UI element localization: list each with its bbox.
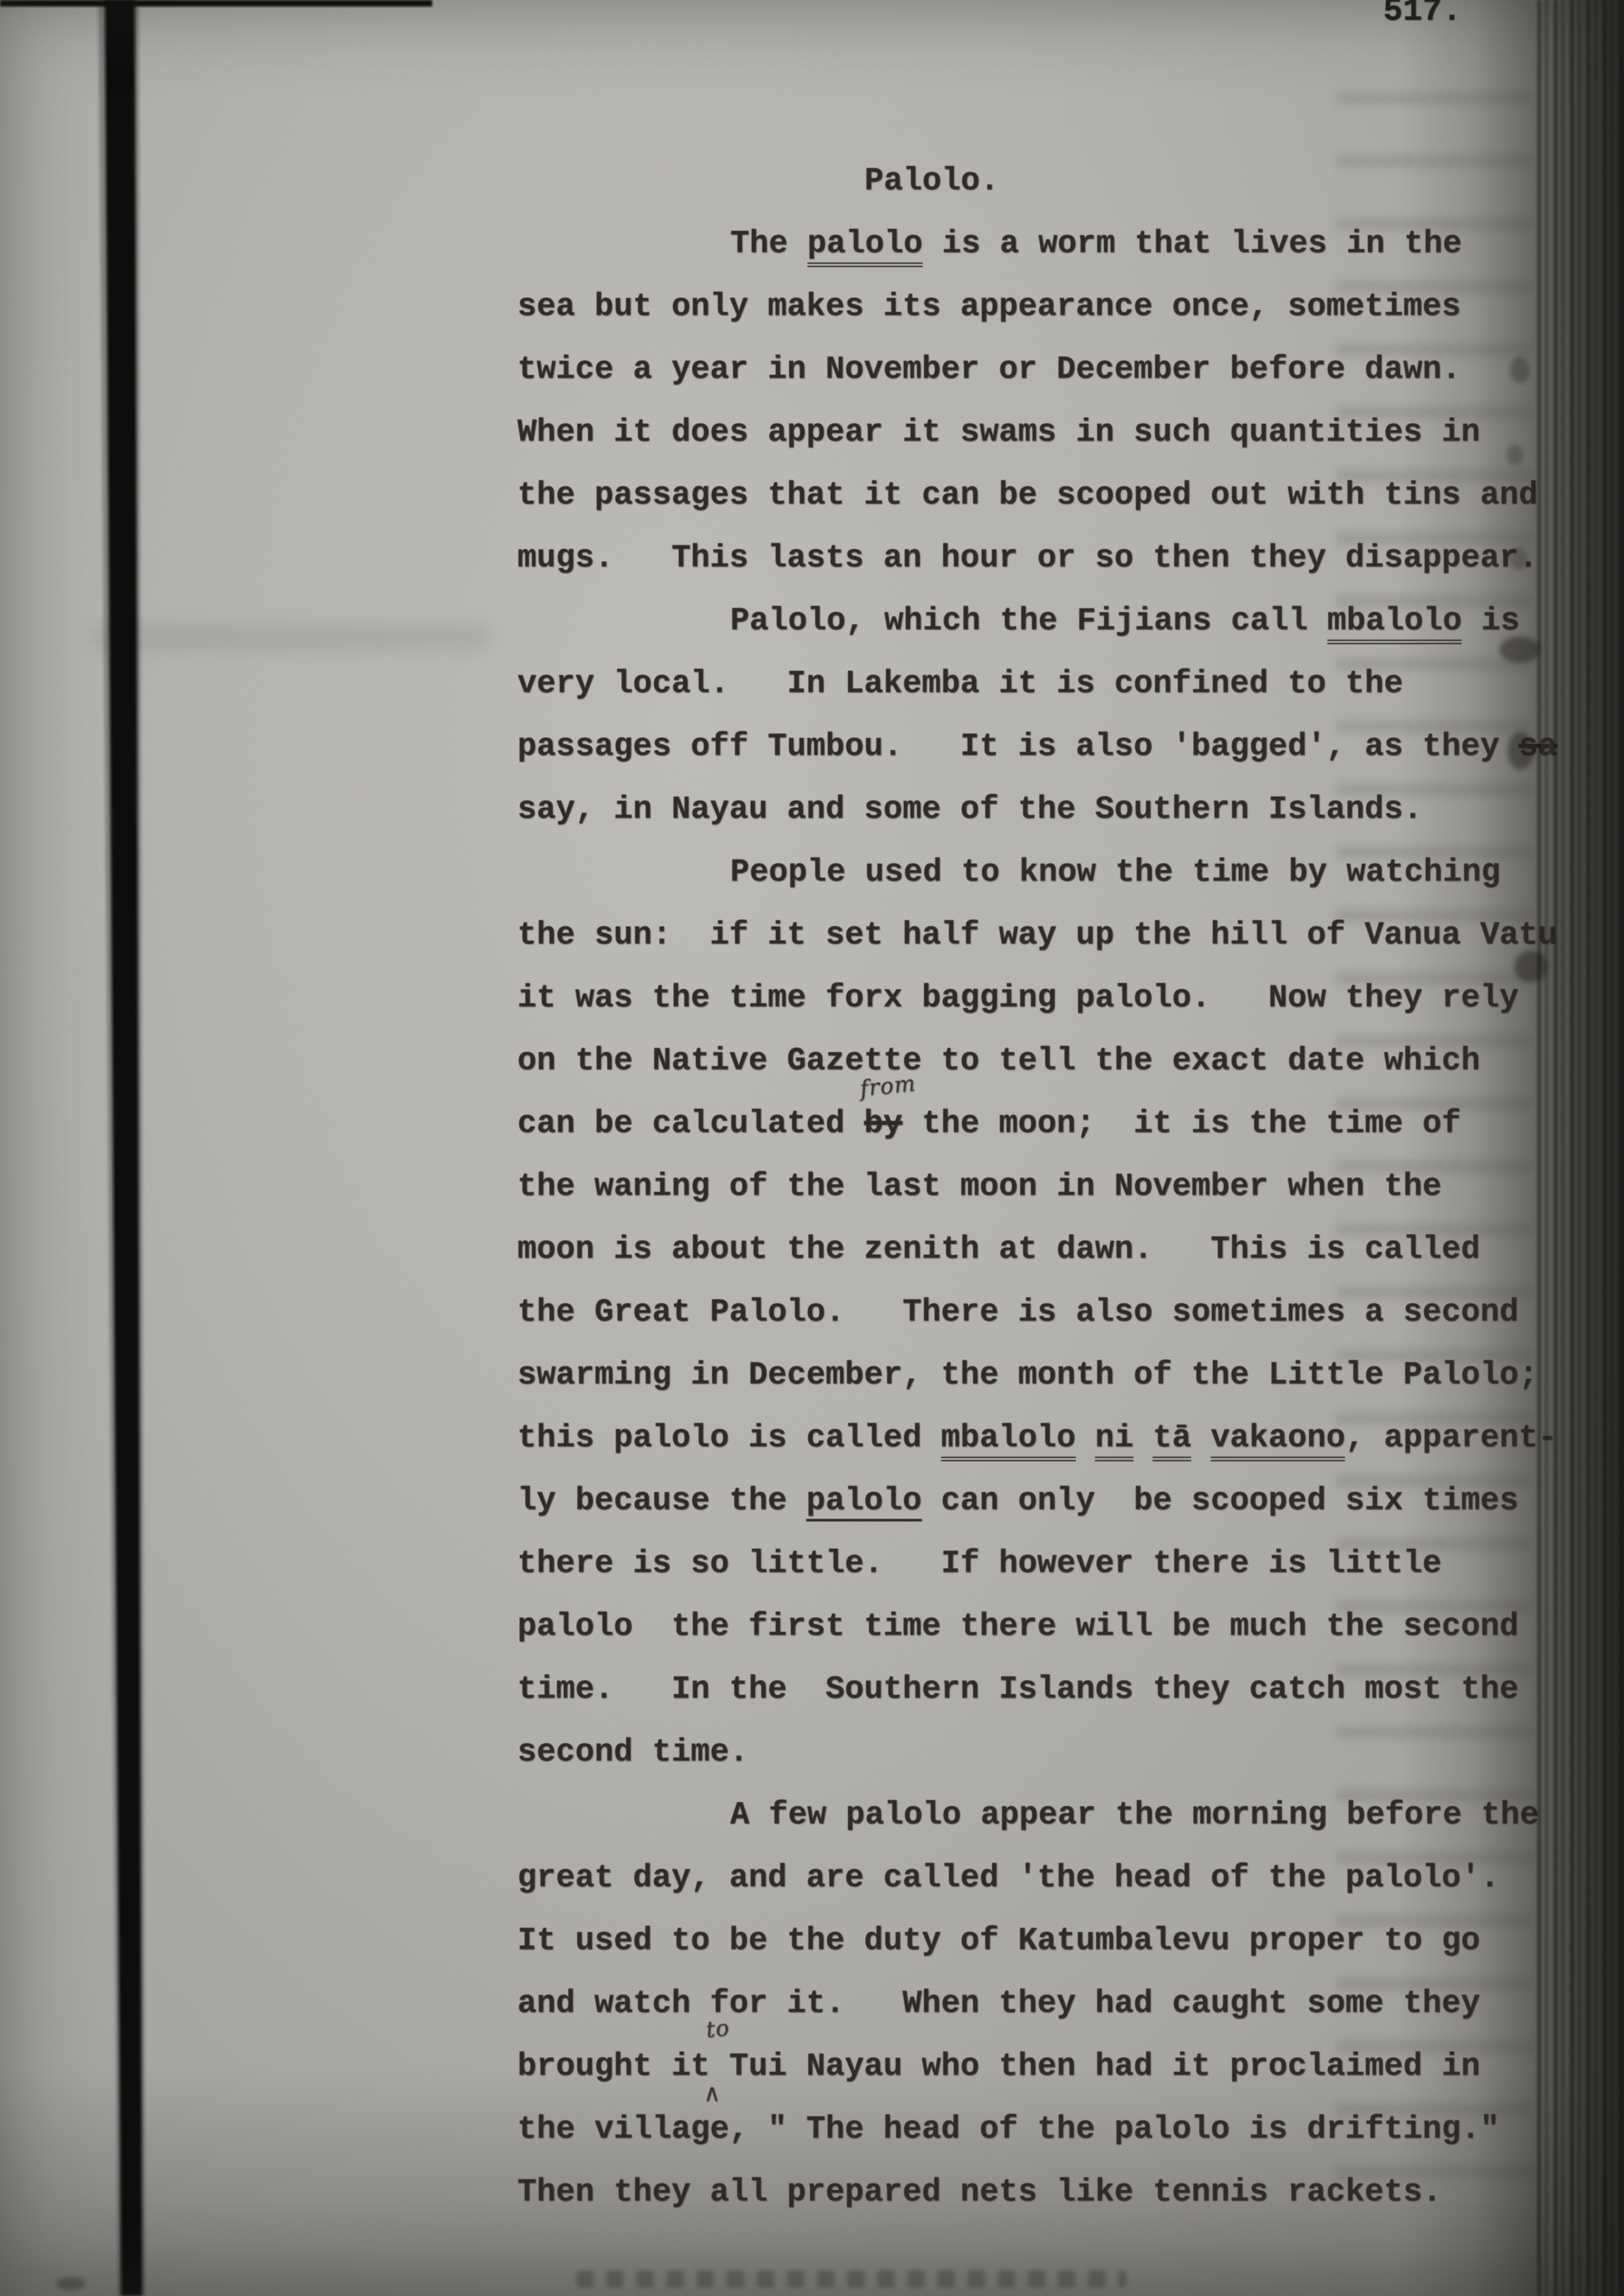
text-segment: A few palolo appear the morning before t… bbox=[730, 1796, 1539, 1833]
text-segment: Then they all prepared nets like tennis … bbox=[517, 2174, 1441, 2210]
text-segment: can be calculated bbox=[517, 1105, 864, 1142]
ink-bleed-artifact bbox=[56, 2277, 85, 2290]
text-segment: sea but only makes its appearance once, … bbox=[517, 288, 1461, 325]
text-segment: moon is about the zenith at dawn. This i… bbox=[517, 1231, 1480, 1267]
text-line: swarming in December, the month of the L… bbox=[517, 1343, 1572, 1406]
binding-stripe bbox=[0, 0, 275, 2296]
handwritten-insertion: to bbox=[705, 2016, 730, 2041]
text-segment: there is so little. If however there is … bbox=[517, 1545, 1441, 1582]
text-segment: the moon; it is the time of bbox=[902, 1105, 1461, 1142]
text-segment: the passages that it can be scooped out … bbox=[517, 477, 1538, 513]
text-line: very local. In Lakemba it is confined to… bbox=[517, 652, 1572, 715]
text-segment bbox=[1076, 1419, 1095, 1456]
text-segment bbox=[1134, 1419, 1153, 1456]
text-line: mugs. This lasts an hour or so then they… bbox=[517, 526, 1572, 589]
text-segment: and watch for it. When they had caught s… bbox=[517, 1985, 1480, 2022]
text-line: passages off Tumbou. It is also 'bagged'… bbox=[517, 715, 1572, 778]
text-line: this palolo is called mbalolo ni tā vaka… bbox=[517, 1406, 1572, 1469]
text-line: and watch for it. When they had caught s… bbox=[517, 1972, 1572, 2035]
text-segment: mugs. This lasts an hour or so then they… bbox=[517, 539, 1538, 576]
text-line: palolo the first time there will be much… bbox=[517, 1595, 1572, 1658]
bleed-through-smudge bbox=[576, 2270, 1126, 2287]
text-segment: ly because the bbox=[517, 1482, 806, 1519]
struck-out-word: byfrom bbox=[864, 1105, 902, 1142]
text-segment: the village, " The head of the palolo is… bbox=[517, 2111, 1500, 2147]
text-line: second time. bbox=[517, 1721, 1572, 1783]
page-number: 517. bbox=[1383, 0, 1462, 31]
underlined-term: tā bbox=[1153, 1419, 1191, 1461]
text-line: ly because the palolo can only be scoope… bbox=[517, 1469, 1572, 1532]
underlined-term: palolo bbox=[806, 1482, 921, 1522]
text-segment bbox=[1191, 1419, 1210, 1456]
text-segment: very local. In Lakemba it is confined to… bbox=[517, 665, 1403, 702]
scanned-manuscript-page: 517. Palolo.The palolo is a worm that li… bbox=[0, 0, 1624, 2296]
text-segment: It used to be the duty of Katumbalevu pr… bbox=[517, 1922, 1480, 1959]
book-gutter-streaks bbox=[1538, 0, 1624, 2296]
text-segment: great day, and are called 'the head of t… bbox=[517, 1859, 1500, 1896]
text-segment: the waning of the last moon in November … bbox=[517, 1168, 1441, 1205]
text-segment: The bbox=[730, 225, 807, 262]
text-line: the village, " The head of the palolo is… bbox=[517, 2098, 1572, 2160]
text-line: on the Native Gazette to tell the exact … bbox=[517, 1029, 1572, 1092]
document-title: Palolo. bbox=[517, 149, 1572, 212]
text-segment: is a worm that lives in the bbox=[923, 225, 1462, 262]
text-segment: say, in Nayau and some of the Southern I… bbox=[517, 791, 1422, 828]
text-line: moon is about the zenith at dawn. This i… bbox=[517, 1218, 1572, 1281]
insertion-caret: ∧ bbox=[703, 2082, 720, 2105]
text-line: can be calculated byfrom the moon; it is… bbox=[517, 1092, 1572, 1155]
text-line: Palolo, which the Fijians call mbalolo i… bbox=[517, 589, 1572, 652]
text-line: sea but only makes its appearance once, … bbox=[517, 275, 1572, 338]
text-segment: swarming in December, the month of the L… bbox=[517, 1357, 1538, 1393]
text-line: When it does appear it swams in such qua… bbox=[517, 401, 1572, 464]
text-segment: When it does appear it swams in such qua… bbox=[517, 414, 1480, 450]
text-line: People used to know the time by watching bbox=[517, 841, 1572, 903]
text-segment: People used to know the time by watching bbox=[730, 854, 1500, 890]
photo-edge bbox=[0, 0, 432, 7]
text-line: the sun: if it set half way up the hill … bbox=[517, 903, 1572, 966]
text-line: say, in Nayau and some of the Southern I… bbox=[517, 778, 1572, 841]
text-segment: to∧ bbox=[710, 2048, 729, 2085]
text-segment: it was the time forx bagging palolo. Now… bbox=[517, 979, 1519, 1016]
text-segment: Palolo, which the Fijians call bbox=[730, 602, 1327, 639]
underlined-term: ni bbox=[1095, 1419, 1134, 1461]
text-segment: Tui Nayau who then had it proclaimed in bbox=[729, 2048, 1480, 2085]
text-segment: twice a year in November or December bef… bbox=[517, 351, 1461, 388]
typewritten-text-block: Palolo.The palolo is a worm that lives i… bbox=[517, 149, 1572, 2223]
text-line: it was the time forx bagging palolo. Now… bbox=[517, 966, 1572, 1029]
text-segment: this palolo is called bbox=[517, 1419, 941, 1456]
underlined-term: mbalolo bbox=[1327, 602, 1462, 644]
text-segment: the sun: if it set half way up the hill … bbox=[517, 917, 1557, 953]
text-line: Then they all prepared nets like tennis … bbox=[517, 2160, 1572, 2223]
underlined-term: mbalolo bbox=[941, 1419, 1076, 1461]
text-segment: brought it bbox=[517, 2048, 710, 2085]
text-line: time. In the Southern Islands they catch… bbox=[517, 1658, 1572, 1721]
text-segment: Palolo. bbox=[864, 162, 999, 199]
text-segment: second time. bbox=[517, 1734, 748, 1770]
underlined-term: vakaono bbox=[1211, 1419, 1346, 1461]
text-segment: the Great Palolo. There is also sometime… bbox=[517, 1294, 1519, 1330]
text-line: brought it to∧Tui Nayau who then had it … bbox=[517, 2035, 1572, 2098]
text-line: the waning of the last moon in November … bbox=[517, 1155, 1572, 1218]
text-line: A few palolo appear the morning before t… bbox=[517, 1783, 1572, 1846]
text-line: twice a year in November or December bef… bbox=[517, 338, 1572, 401]
text-line: The palolo is a worm that lives in the bbox=[517, 212, 1572, 275]
text-line: there is so little. If however there is … bbox=[517, 1532, 1572, 1595]
text-segment: on the Native Gazette to tell the exact … bbox=[517, 1042, 1480, 1079]
text-segment: passages off Tumbou. It is also 'bagged'… bbox=[517, 728, 1519, 765]
text-segment: palolo the first time there will be much… bbox=[517, 1608, 1519, 1645]
handwritten-insertion: from bbox=[859, 1072, 917, 1101]
text-segment: can only be scooped six times bbox=[922, 1482, 1519, 1519]
text-segment: time. In the Southern Islands they catch… bbox=[517, 1671, 1519, 1707]
text-line: the passages that it can be scooped out … bbox=[517, 464, 1572, 526]
underlined-term: palolo bbox=[807, 225, 923, 267]
text-line: the Great Palolo. There is also sometime… bbox=[517, 1281, 1572, 1343]
text-line: It used to be the duty of Katumbalevu pr… bbox=[517, 1909, 1572, 1972]
text-line: great day, and are called 'the head of t… bbox=[517, 1846, 1572, 1909]
